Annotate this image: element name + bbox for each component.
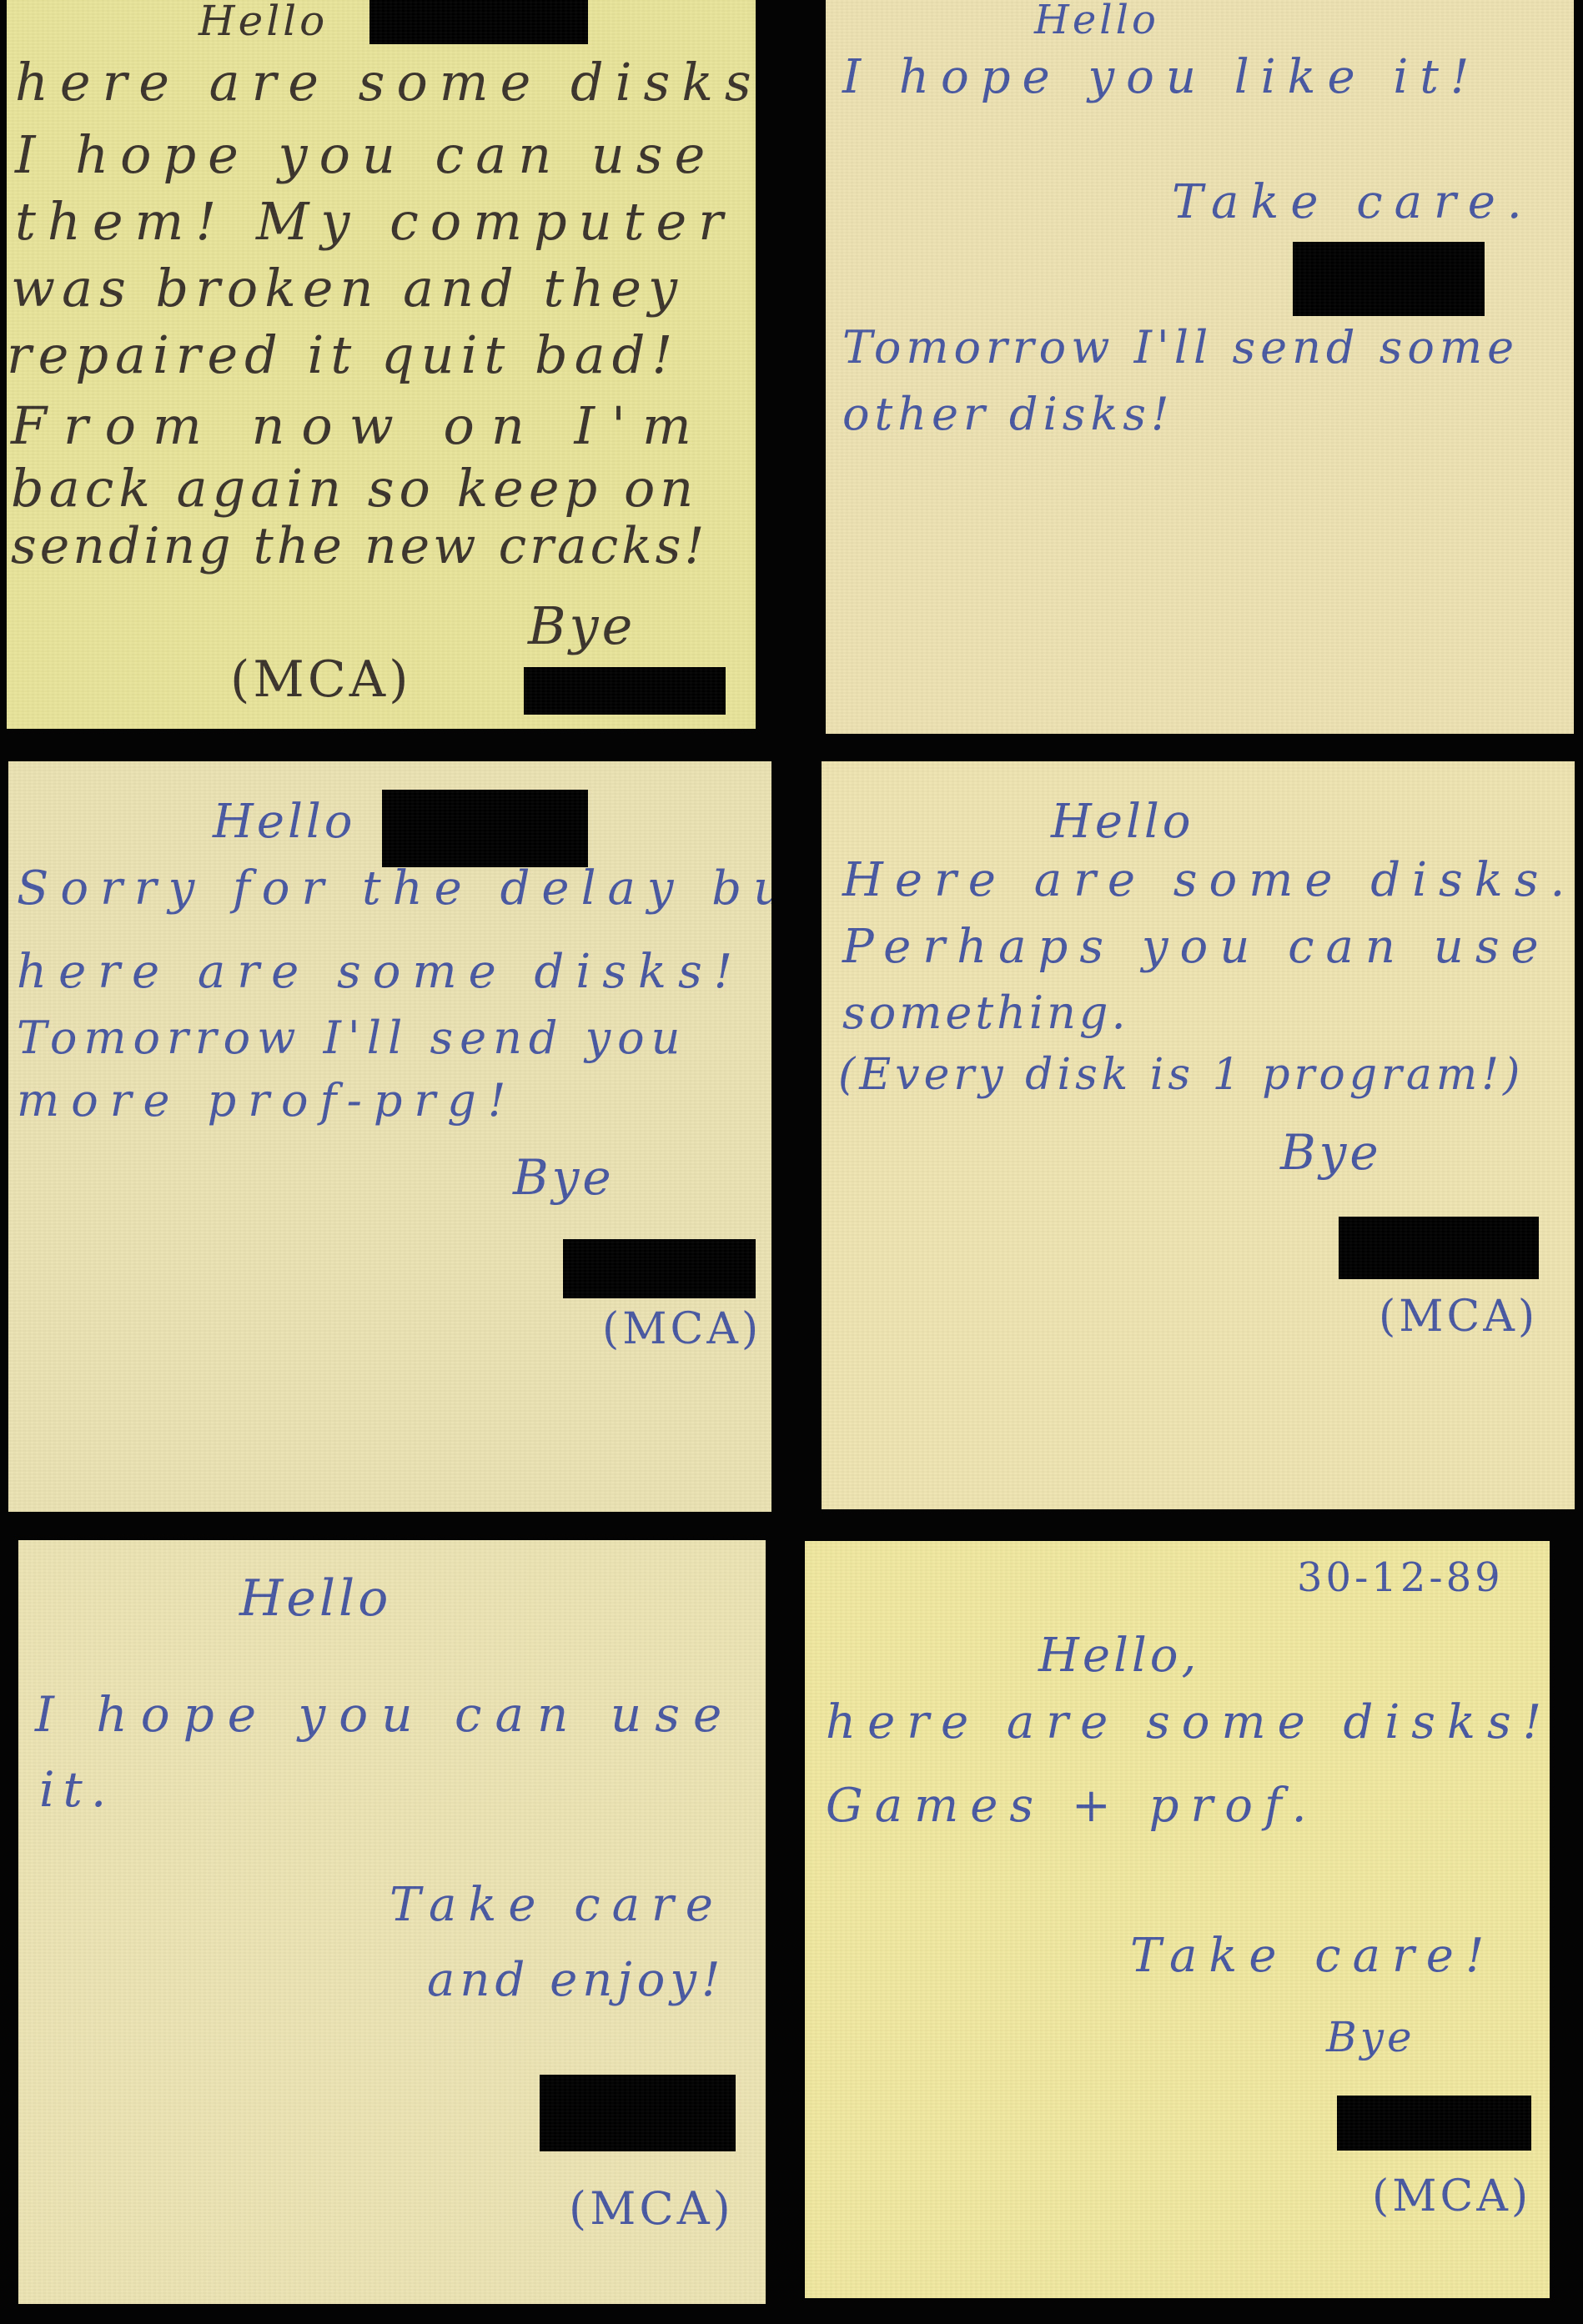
note-line: and enjoy! bbox=[427, 1957, 726, 2004]
note-line: here are some disks, bbox=[15, 57, 756, 108]
note-line: Tomorrow I'll send some bbox=[842, 325, 1519, 370]
note-5: Hello I hope you can use it. Take care a… bbox=[18, 1540, 766, 2304]
note-greeting: Hello bbox=[1051, 799, 1194, 846]
note-greeting: Hello bbox=[199, 0, 328, 42]
note-1: Hello here are some disks, I hope you ca… bbox=[7, 0, 756, 729]
note-line: Perhaps you can use bbox=[842, 924, 1550, 971]
redaction-box bbox=[382, 790, 588, 867]
redaction-box bbox=[540, 2075, 736, 2151]
redaction-box bbox=[524, 667, 726, 715]
note-line: back again so keep on bbox=[11, 463, 698, 514]
note-signature: (MCA) bbox=[602, 1308, 761, 1351]
note-closing: Bye bbox=[528, 600, 636, 652]
note-line: I hope you can use bbox=[15, 129, 716, 181]
note-line: Take care bbox=[389, 1882, 725, 1929]
note-signature: (MCA) bbox=[1372, 2175, 1531, 2218]
note-line: repaired it quit bad! bbox=[7, 329, 679, 381]
note-2: Hello I hope you like it! Take care. Tom… bbox=[826, 0, 1574, 734]
note-6: 30-12-89 Hello, here are some disks!. Ga… bbox=[805, 1541, 1550, 2298]
note-line: something. bbox=[842, 991, 1129, 1036]
note-line: other disks! bbox=[842, 392, 1174, 437]
redaction-box bbox=[563, 1239, 756, 1298]
note-date: 30-12-89 bbox=[1297, 1558, 1504, 1598]
note-greeting: Hello, bbox=[1038, 1633, 1199, 1679]
note-line: From now on I'm bbox=[11, 400, 708, 452]
redaction-box bbox=[369, 0, 588, 44]
note-closing: Bye bbox=[1280, 1128, 1382, 1177]
note-line: Take care! bbox=[1130, 1933, 1495, 1980]
note-greeting: Hello bbox=[213, 799, 356, 846]
note-line: more prof-prg! bbox=[17, 1078, 518, 1123]
note-closing: Bye bbox=[1326, 2016, 1415, 2058]
redaction-box bbox=[1293, 242, 1485, 316]
note-4: Hello Here are some disks. Perhaps you c… bbox=[822, 761, 1575, 1509]
note-line: Tomorrow I'll send you bbox=[17, 1016, 686, 1061]
note-line: here are some disks! bbox=[17, 949, 744, 996]
note-greeting: Hello bbox=[239, 1574, 391, 1624]
note-line: Sorry for the delay but bbox=[17, 866, 771, 912]
note-line: it. bbox=[39, 1765, 114, 1814]
note-line: sending the new cracks! bbox=[11, 521, 708, 571]
note-line: Here are some disks. bbox=[842, 857, 1575, 904]
note-line: was broken and they bbox=[11, 263, 684, 314]
note-line: Games + prof. bbox=[826, 1783, 1319, 1830]
note-line: I hope you can use bbox=[35, 1690, 735, 1739]
redaction-box bbox=[1337, 2096, 1531, 2151]
note-signature: (MCA) bbox=[230, 655, 412, 705]
note-line: (Every disk is 1 program!) bbox=[838, 1053, 1524, 1097]
note-line: here are some disks!. bbox=[826, 1699, 1550, 1746]
redaction-box bbox=[1339, 1217, 1539, 1279]
note-greeting: Hello bbox=[1034, 0, 1159, 40]
note-line: Take care. bbox=[1172, 179, 1534, 226]
note-signature: (MCA) bbox=[569, 2186, 734, 2231]
note-signature: (MCA) bbox=[1379, 1295, 1538, 1338]
note-closing: Bye bbox=[513, 1153, 615, 1202]
note-line: I hope you like it! bbox=[842, 54, 1480, 101]
note-line: them! My computer bbox=[15, 196, 735, 248]
note-3: Hello Sorry for the delay but here are s… bbox=[8, 761, 771, 1512]
